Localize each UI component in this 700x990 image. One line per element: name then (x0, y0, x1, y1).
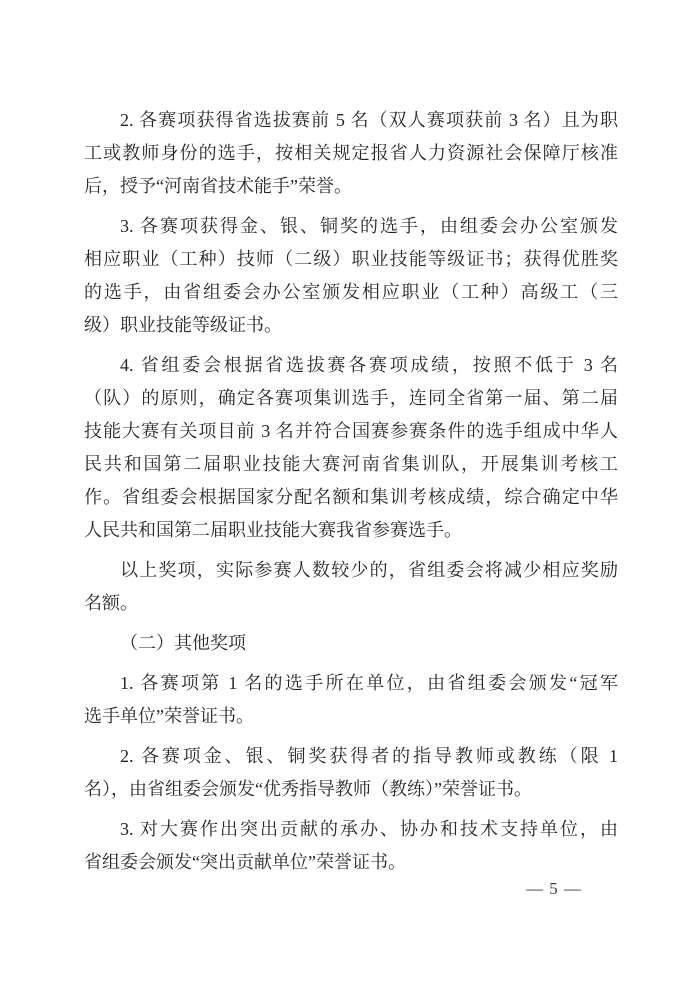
text-line: 名），由省组委会颁发“优秀指导教师（教练）”荣誉证书。 (84, 773, 618, 806)
text-line: 名额。 (84, 587, 618, 620)
document-body: 2. 各赛项获得省选拔赛前 5 名（双人赛项获前 3 名）且为职 工或教师身份的… (84, 104, 618, 886)
paragraph-item-3: 3. 各赛项获得金、银、铜奖的选手，由组委会办公室颁发 相应职业（工种）技师（二… (84, 210, 618, 342)
section-heading-other-awards: （二）其他奖项 (84, 627, 618, 660)
paragraph-other-item-1: 1. 各赛项第 1 名的选手所在单位，由省组委会颁发“冠军 选手单位”荣誉证书。 (84, 667, 618, 733)
paragraph-other-item-3: 3. 对大赛作出突出贡献的承办、协办和技术支持单位，由 省组委会颁发“突出贡献单… (84, 813, 618, 879)
paragraph-note: 以上奖项，实际参赛人数较少的，省组委会将减少相应奖励 名额。 (84, 554, 618, 620)
text-line: 3. 各赛项获得金、银、铜奖的选手，由组委会办公室颁发 (84, 210, 618, 243)
text-line: 级）职业技能等级证书。 (84, 309, 618, 342)
text-line: （队）的原则，确定各赛项集训选手，连同全省第一届、第二届 (84, 382, 618, 415)
section-heading-text: （二）其他奖项 (84, 627, 618, 660)
text-line: 1. 各赛项第 1 名的选手所在单位，由省组委会颁发“冠军 (84, 667, 618, 700)
text-line: 以上奖项，实际参赛人数较少的，省组委会将减少相应奖励 (84, 554, 618, 587)
text-line: 2. 各赛项金、银、铜奖获得者的指导教师或教练（限 1 (84, 740, 618, 773)
text-line: 省组委会颁发“突出贡献单位”荣誉证书。 (84, 846, 618, 879)
text-line: 作。省组委会根据国家分配名额和集训考核成绩，综合确定中华 (84, 481, 618, 514)
text-line: 民共和国第二届职业技能大赛河南省集训队，开展集训考核工 (84, 448, 618, 481)
text-line: 工或教师身份的选手，按相关规定报省人力资源社会保障厅核准 (84, 137, 618, 170)
text-line: 3. 对大赛作出突出贡献的承办、协办和技术支持单位，由 (84, 813, 618, 846)
text-line: 4. 省组委会根据省选拔赛各赛项成绩，按照不低于 3 名 (84, 349, 618, 382)
document-page: 2. 各赛项获得省选拔赛前 5 名（双人赛项获前 3 名）且为职 工或教师身份的… (0, 0, 700, 990)
paragraph-other-item-2: 2. 各赛项金、银、铜奖获得者的指导教师或教练（限 1 名），由省组委会颁发“优… (84, 740, 618, 806)
text-line: 选手单位”荣誉证书。 (84, 700, 618, 733)
text-line: 的选手，由省组委会办公室颁发相应职业（工种）高级工（三 (84, 276, 618, 309)
text-line: 技能大赛有关项目前 3 名并符合国赛参赛条件的选手组成中华人 (84, 415, 618, 448)
text-line: 人民共和国第二届职业技能大赛我省参赛选手。 (84, 514, 618, 547)
text-line: 2. 各赛项获得省选拔赛前 5 名（双人赛项获前 3 名）且为职 (84, 104, 618, 137)
text-line: 后，授予“河南省技术能手”荣誉。 (84, 170, 618, 203)
page-number: — 5 — (512, 877, 596, 901)
paragraph-item-4: 4. 省组委会根据省选拔赛各赛项成绩，按照不低于 3 名 （队）的原则，确定各赛… (84, 349, 618, 547)
paragraph-item-2: 2. 各赛项获得省选拔赛前 5 名（双人赛项获前 3 名）且为职 工或教师身份的… (84, 104, 618, 203)
text-line: 相应职业（工种）技师（二级）职业技能等级证书；获得优胜奖 (84, 243, 618, 276)
